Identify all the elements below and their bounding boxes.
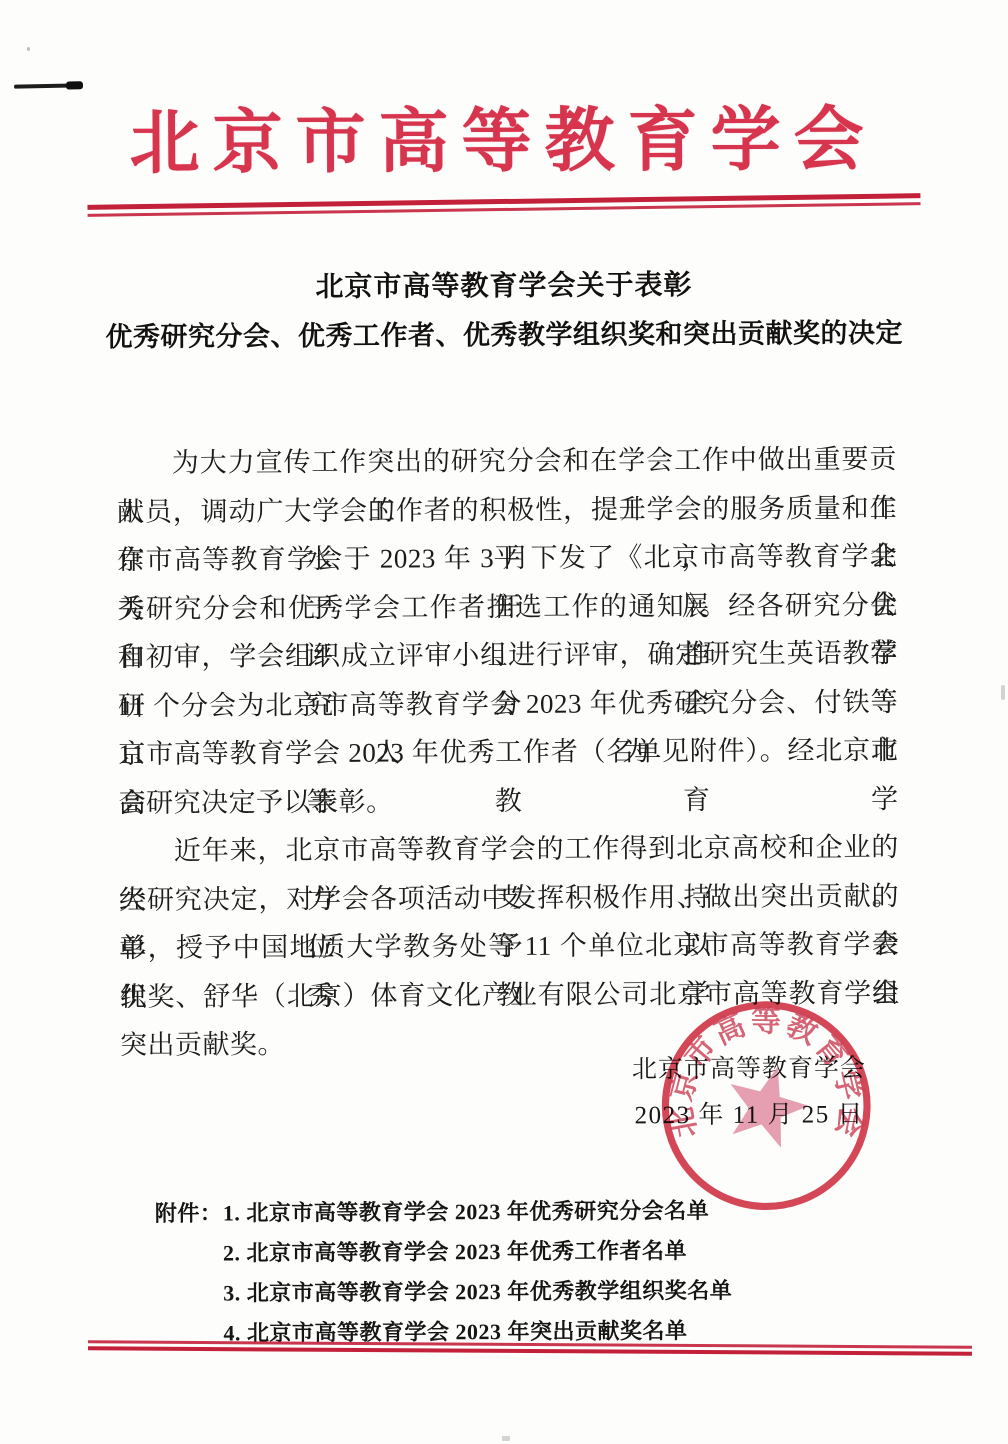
document-title: 北京市高等教育学会关于表彰 优秀研究分会、优秀工作者、优秀教学组织奖和突出贡献奖… bbox=[0, 263, 1008, 357]
letterhead-org-title: 北京市高等教育学会 bbox=[0, 101, 1007, 184]
body-line: 京市高等教育学会于 2023 年 3 月下发了《北京市高等教育学会关于开展优 bbox=[117, 532, 897, 585]
body-line: 11 个分会为北京市高等教育学会 2023 年优秀研究分会、付铁等 11 人为北 bbox=[118, 677, 898, 730]
body-line: 近年来，北京市高等教育学会的工作得到北京高校和企业的大力支持。 bbox=[119, 823, 899, 876]
body-line: 彰，授予中国地质大学教务处等 11 个单位北京市高等教育学会优秀教学组 bbox=[119, 920, 899, 973]
attachments-label: 附件： bbox=[155, 1193, 223, 1233]
body-line: 秀研究分会和优秀学会工作者推选工作的通知》。经各研究分会自评、推荐 bbox=[117, 580, 897, 633]
paragraph-1: 为大力宣传工作突出的研究分会和在学会工作中做出重要贡献的工作人员，调动广大学会工… bbox=[117, 435, 899, 827]
body-line: 和初审，学会组织成立评审小组进行评审，确定研究生英语教学研究分会等 bbox=[118, 629, 898, 682]
attachments-list: 1. 北京市高等教育学会 2023 年优秀研究分会名单2. 北京市高等教育学会 … bbox=[223, 1191, 733, 1354]
attachment-item: 2. 北京市高等教育学会 2023 年优秀工作者名单 bbox=[223, 1231, 732, 1274]
attachment-item: 3. 北京市高等教育学会 2023 年优秀教学组织奖名单 bbox=[223, 1271, 732, 1314]
attachments-block: 附件： 1. 北京市高等教育学会 2023 年优秀研究分会名单2. 北京市高等教… bbox=[155, 1191, 733, 1354]
paragraph-2: 近年来，北京市高等教育学会的工作得到北京高校和企业的大力支持。经研究决定，对学会… bbox=[119, 823, 900, 1021]
attachment-item: 1. 北京市高等教育学会 2023 年优秀研究分会名单 bbox=[223, 1191, 732, 1234]
body-line: 经研究决定，对学会各项活动中发挥积极作用、做出突出贡献的单位予以表 bbox=[119, 871, 899, 924]
scanned-document-page: 北京市高等教育学会 北京市高等教育学会关于表彰 优秀研究分会、优秀工作者、优秀教… bbox=[0, 0, 1008, 1444]
document-title-line1: 北京市高等教育学会关于表彰 bbox=[0, 263, 1008, 308]
body-line: 人员，调动广大学会工作者的积极性，提升学会的服务质量和工作水平，北 bbox=[117, 483, 897, 536]
body-line: 京市高等教育学会 2023 年优秀工作者（名单见附件）。经北京市高等教育学 bbox=[118, 726, 898, 779]
document-body: 为大力宣传工作突出的研究分会和在学会工作中做出重要贡献的工作人员，调动广大学会工… bbox=[117, 435, 900, 1021]
star-icon bbox=[718, 1056, 817, 1152]
official-seal-stamp: 北京市高等教育学会 bbox=[651, 990, 882, 1221]
body-line: 为大力宣传工作突出的研究分会和在学会工作中做出重要贡献的工作 bbox=[117, 435, 897, 488]
document-title-line2: 优秀研究分会、优秀工作者、优秀教学组织奖和突出贡献奖的决定 bbox=[0, 312, 1008, 357]
letterhead-double-rule bbox=[87, 193, 920, 217]
